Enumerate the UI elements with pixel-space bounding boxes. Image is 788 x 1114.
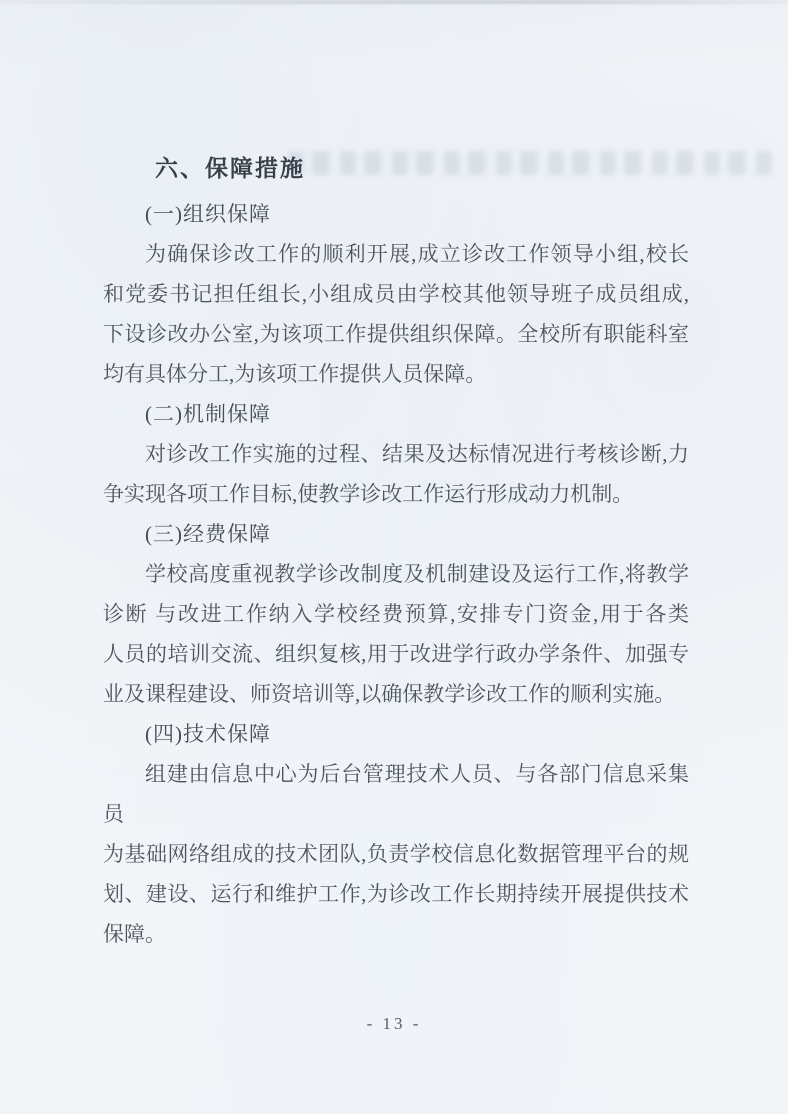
section-subheading: (三)经费保障 xyxy=(103,514,689,554)
paragraph: 学校高度重视教学诊改制度及机制建设及运行工作,将教学诊断 与改进工作纳入学校经费… xyxy=(103,554,689,714)
paragraph-line: 争实现各项工作目标,使教学诊改工作运行形成动力机制。 xyxy=(103,474,689,514)
document-content: 六、保障措施 (一)组织保障为确保诊改工作的顺利开展,成立诊改工作领导小组,校长… xyxy=(103,148,689,954)
paragraph-line: 人员的培训交流、组织复核,用于改进学行政办学条件、加强专 xyxy=(103,634,689,674)
paragraph-line: 为确保诊改工作的顺利开展,成立诊改工作领导小组,校长 xyxy=(103,234,689,274)
section-heading: 六、保障措施 xyxy=(103,148,689,188)
paragraph-line: 业及课程建设、师资培训等,以确保教学诊改工作的顺利实施。 xyxy=(103,674,689,714)
paragraph: 对诊改工作实施的过程、结果及达标情况进行考核诊断,力争实现各项工作目标,使教学诊… xyxy=(103,434,689,514)
paragraph-line: 下设诊改办公室,为该项工作提供组织保障。全校所有职能科室 xyxy=(103,314,689,354)
paragraph-line: 对诊改工作实施的过程、结果及达标情况进行考核诊断,力 xyxy=(103,434,689,474)
section-subheading: (二)机制保障 xyxy=(103,394,689,434)
section-subheading: (四)技术保障 xyxy=(103,714,689,754)
document-body: (一)组织保障为确保诊改工作的顺利开展,成立诊改工作领导小组,校长和党委书记担任… xyxy=(103,194,689,954)
paragraph-line: 划、建设、运行和维护工作,为诊改工作长期持续开展提供技术 xyxy=(103,874,689,914)
paragraph: 为确保诊改工作的顺利开展,成立诊改工作领导小组,校长和党委书记担任组长,小组成员… xyxy=(103,234,689,394)
paragraph-line: 和党委书记担任组长,小组成员由学校其他领导班子成员组成, xyxy=(103,274,689,314)
paragraph-line: 为基础网络组成的技术团队,负责学校信息化数据管理平台的规 xyxy=(103,834,689,874)
paragraph-line: 诊断 与改进工作纳入学校经费预算,安排专门资金,用于各类 xyxy=(103,594,689,634)
section-subheading: (一)组织保障 xyxy=(103,194,689,234)
paragraph-line: 组建由信息中心为后台管理技术人员、与各部门信息采集员 xyxy=(103,754,689,834)
scan-edge-artifact xyxy=(0,0,788,4)
paragraph: 组建由信息中心为后台管理技术人员、与各部门信息采集员为基础网络组成的技术团队,负… xyxy=(103,754,689,954)
paragraph-line: 均有具体分工,为该项工作提供人员保障。 xyxy=(103,354,689,394)
paragraph-line: 学校高度重视教学诊改制度及机制建设及运行工作,将教学 xyxy=(103,554,689,594)
scanned-document-page: { "document": { "heading": "六、保障措施", "se… xyxy=(0,0,788,1114)
paragraph-line: 保障。 xyxy=(103,914,689,954)
page-number: - 13 - xyxy=(0,1014,788,1034)
